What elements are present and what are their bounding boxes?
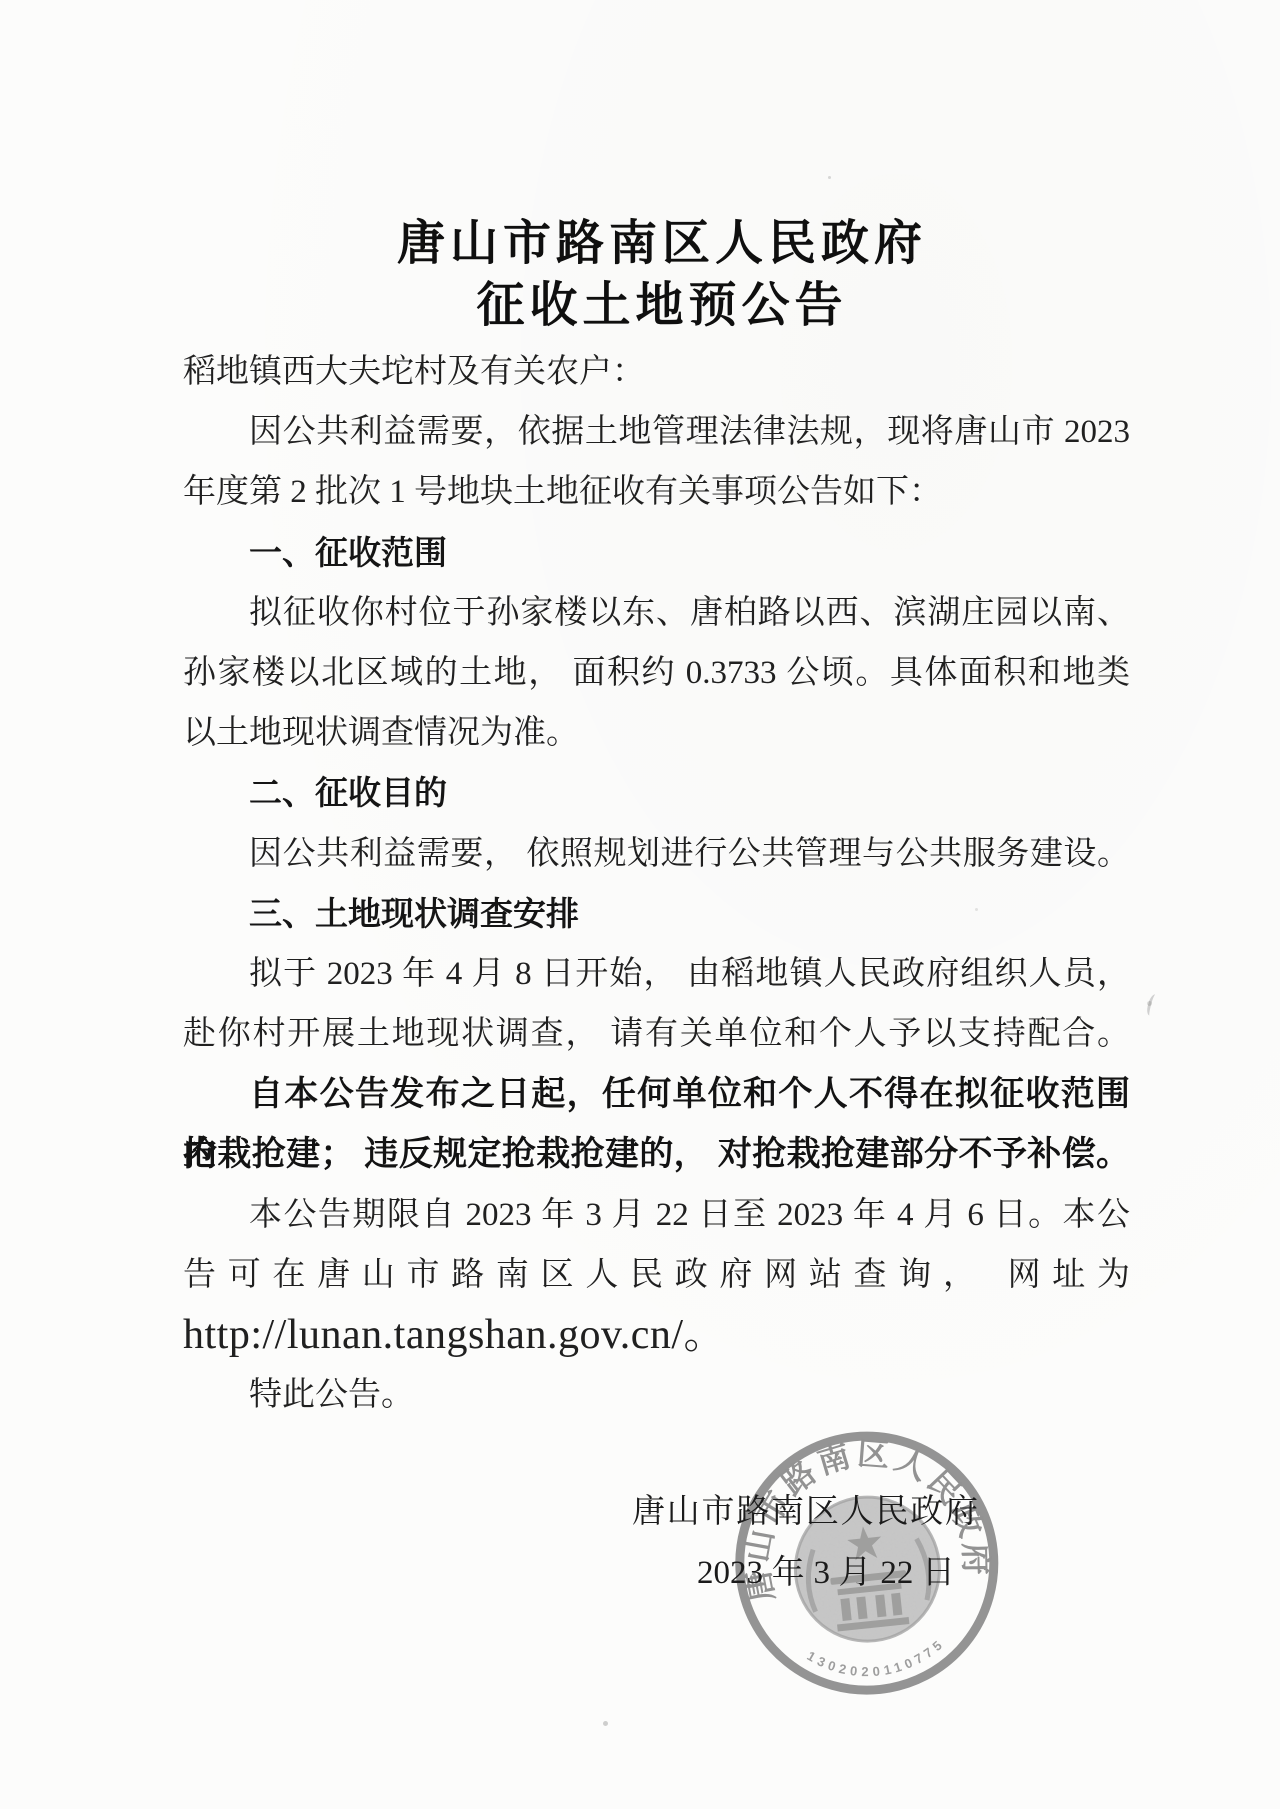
- body-line: 赴你村开展土地现状调查， 请有关单位和个人予以支持配合。: [183, 1004, 1130, 1064]
- body-line: 因公共利益需要，依据土地管理法律法规，现将唐山市 2023: [183, 402, 1130, 462]
- signature-date: 2023 年 3 月 22 日: [697, 1553, 955, 1593]
- body-line: 年度第 2 批次 1 号地块土地征收有关事项公告如下：: [183, 462, 1130, 522]
- body-line: 因公共利益需要， 依照规划进行公共管理与公共服务建设。: [183, 824, 1130, 884]
- warning-line-bold: 抢栽抢建； 违反规定抢栽抢建的， 对抢栽抢建部分不予补偿。: [183, 1124, 1130, 1184]
- document-title-line-2: 征收土地预公告: [0, 266, 1280, 335]
- body-line: 孙家楼以北区域的土地， 面积约 0.3733 公顷。具体面积和地类: [183, 643, 1130, 703]
- section-heading-1: 一、征收范围: [183, 523, 1130, 583]
- website-url: http://lunan.tangshan.gov.cn/。: [183, 1305, 1130, 1365]
- scan-artifact: [1145, 993, 1159, 1017]
- section-heading-3: 三、土地现状调查安排: [183, 884, 1130, 944]
- section-heading-2: 二、征收目的: [183, 763, 1130, 823]
- body-line: 拟征收你村位于孙家楼以东、唐柏路以西、滨湖庄园以南、: [183, 583, 1130, 643]
- body-line: 拟于 2023 年 4 月 8 日开始， 由稻地镇人民政府组织人员，: [183, 944, 1130, 1004]
- scan-speckles: [828, 176, 831, 179]
- salutation-line: 稻地镇西大夫坨村及有关农户：: [183, 342, 1130, 402]
- document-body: 稻地镇西大夫坨村及有关农户： 因公共利益需要，依据土地管理法律法规，现将唐山市 …: [183, 342, 1130, 1425]
- warning-line-bold: 自本公告发布之日起，任何单位和个人不得在拟征收范围内: [183, 1064, 1130, 1124]
- body-line: 告可在唐山市路南区人民政府网站查询， 网址为: [183, 1245, 1130, 1305]
- scanned-notice-page: 唐山市路南区人民政府 征收土地预公告 稻地镇西大夫坨村及有关农户： 因公共利益需…: [0, 0, 1280, 1809]
- signature-name: 唐山市路南区人民政府: [632, 1492, 978, 1532]
- document-title-line-1: 唐山市路南区人民政府: [0, 204, 1280, 273]
- body-line: 以土地现状调查情况为准。: [183, 703, 1130, 763]
- body-line: 本公告期限自 2023 年 3 月 22 日至 2023 年 4 月 6 日。本…: [183, 1185, 1130, 1245]
